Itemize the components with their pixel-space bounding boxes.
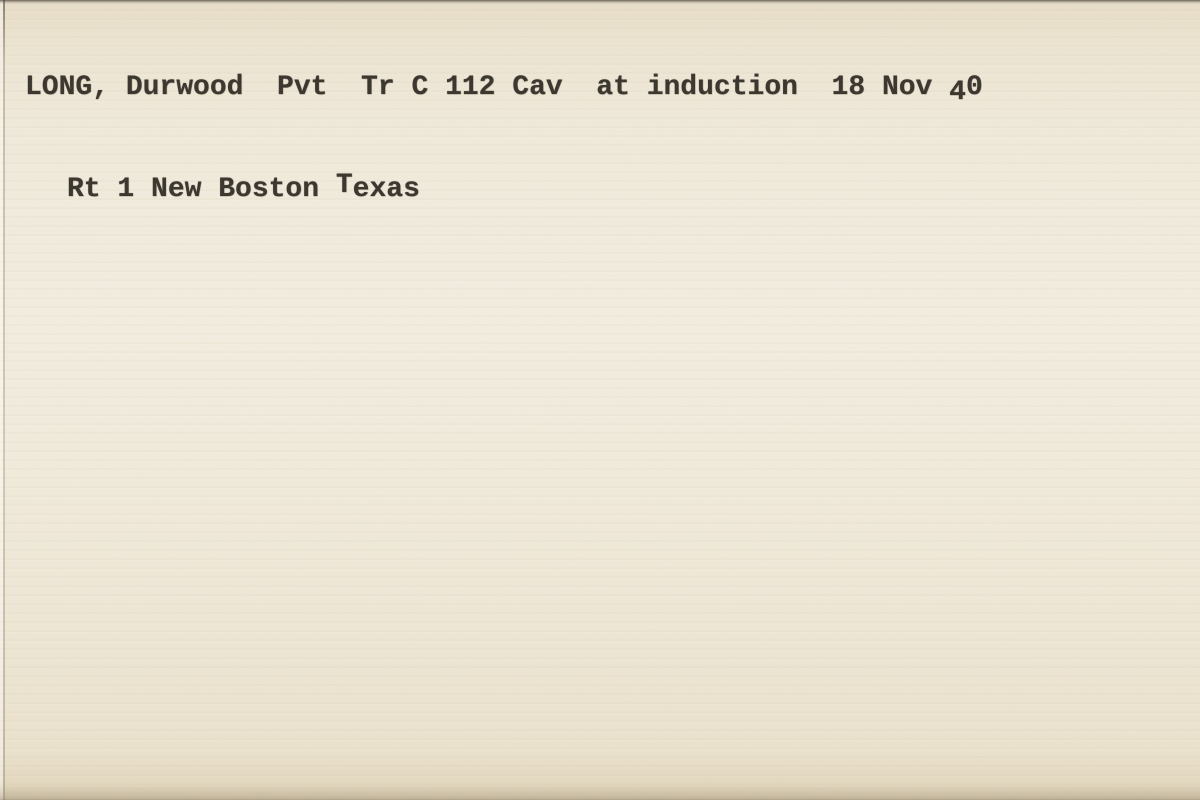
card-left-edge-line (3, 0, 5, 800)
line1-dropped-char: 4 (949, 76, 966, 110)
card-bottom-edge-shadow (0, 784, 1200, 800)
typed-line-2: Rt 1 New Boston Texas (67, 173, 983, 207)
line1-text: LONG, Durwood Pvt Tr C 112 Cav at induct… (25, 72, 949, 103)
line1-text-end: 0 (966, 72, 983, 103)
line2-text-end: exas (353, 174, 420, 205)
typed-text-block: LONG, Durwood Pvt Tr C 112 Cav at induct… (25, 3, 983, 275)
line2-text: Rt 1 New Boston (67, 174, 336, 205)
line2-raised-char: T (336, 169, 353, 203)
typed-line-1: LONG, Durwood Pvt Tr C 112 Cav at induct… (25, 71, 983, 105)
card-top-edge-shadow (0, 0, 1200, 4)
index-card-scan: LONG, Durwood Pvt Tr C 112 Cav at induct… (0, 0, 1200, 800)
